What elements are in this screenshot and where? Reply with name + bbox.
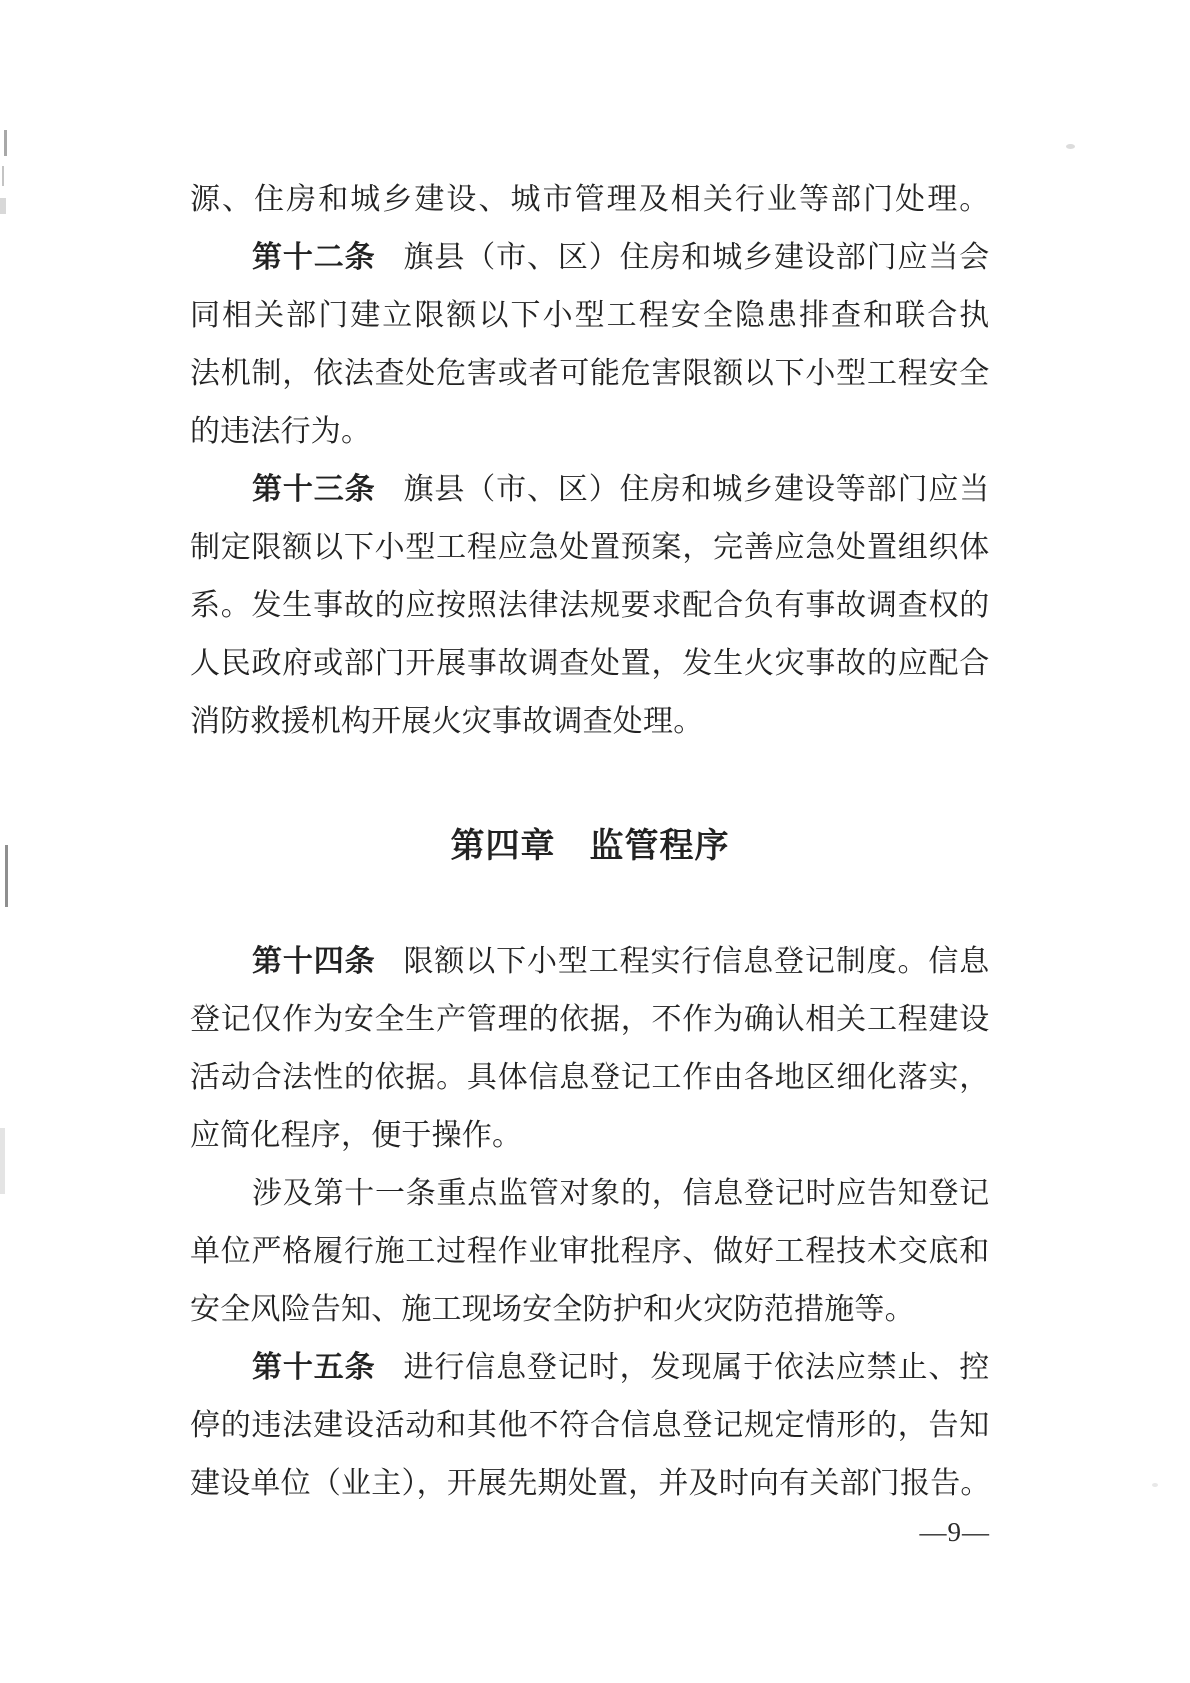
text-line: 第十三条旗县（市、区）住房和城乡建设等部门应当	[190, 461, 990, 519]
text-line: 安全风险告知、施工现场安全防护和火灾防范措施等。	[190, 1281, 990, 1339]
text-line: 活动合法性的依据。具体信息登记工作由各地区细化落实，	[190, 1049, 990, 1107]
scan-artifact	[5, 845, 8, 907]
article-number: 第十三条	[252, 473, 376, 506]
text-line: 第十四条限额以下小型工程实行信息登记制度。信息	[190, 933, 990, 991]
scan-artifact	[0, 1128, 5, 1194]
text-line: 应简化程序，便于操作。	[190, 1107, 990, 1165]
text-line: 第十二条旗县（市、区）住房和城乡建设部门应当会	[190, 229, 990, 287]
chapter-heading-part: 监管程序	[590, 817, 730, 875]
scan-artifact	[0, 198, 6, 214]
text-line: 消防救援机构开展火灾事故调查处理。	[190, 693, 990, 751]
page-number: —9—	[190, 1512, 990, 1552]
text-line: 涉及第十一条重点监管对象的，信息登记时应告知登记	[190, 1165, 990, 1223]
chapter-heading: 第四章监管程序	[190, 817, 990, 875]
text-line: 人民政府或部门开展事故调查处置，发生火灾事故的应配合	[190, 635, 990, 693]
scan-artifact	[2, 166, 4, 186]
text-line: 制定限额以下小型工程应急处置预案，完善应急处置组织体	[190, 519, 990, 577]
text-line: 单位严格履行施工过程作业审批程序、做好工程技术交底和	[190, 1223, 990, 1281]
text-line: 建设单位（业主），开展先期处置，并及时向有关部门报告。	[190, 1455, 990, 1513]
article-number: 第十二条	[252, 241, 376, 274]
text-line: 第十五条进行信息登记时，发现属于依法应禁止、控	[190, 1339, 990, 1397]
article-number: 第十五条	[252, 1351, 376, 1384]
chapter-heading-part: 第四章	[451, 817, 556, 875]
scan-artifact	[1066, 144, 1075, 149]
article-number: 第十四条	[252, 945, 376, 978]
scan-artifact	[4, 130, 7, 156]
text-line: 系。发生事故的应按照法律法规要求配合负有事故调查权的	[190, 577, 990, 635]
text-line: 的违法行为。	[190, 403, 990, 461]
text-line: 停的违法建设活动和其他不符合信息登记规定情形的，告知	[190, 1397, 990, 1455]
scan-artifact	[1152, 1483, 1158, 1487]
text-line: 登记仅作为安全生产管理的依据，不作为确认相关工程建设	[190, 991, 990, 1049]
document-page: 源、住房和城乡建设、城市管理及相关行业等部门处理。第十二条旗县（市、区）住房和城…	[0, 0, 1190, 1683]
text-line: 法机制，依法查处危害或者可能危害限额以下小型工程安全	[190, 345, 990, 403]
text-line: 源、住房和城乡建设、城市管理及相关行业等部门处理。	[190, 171, 990, 229]
text-line: 同相关部门建立限额以下小型工程安全隐患排查和联合执	[190, 287, 990, 345]
document-body: 源、住房和城乡建设、城市管理及相关行业等部门处理。第十二条旗县（市、区）住房和城…	[190, 171, 990, 1513]
